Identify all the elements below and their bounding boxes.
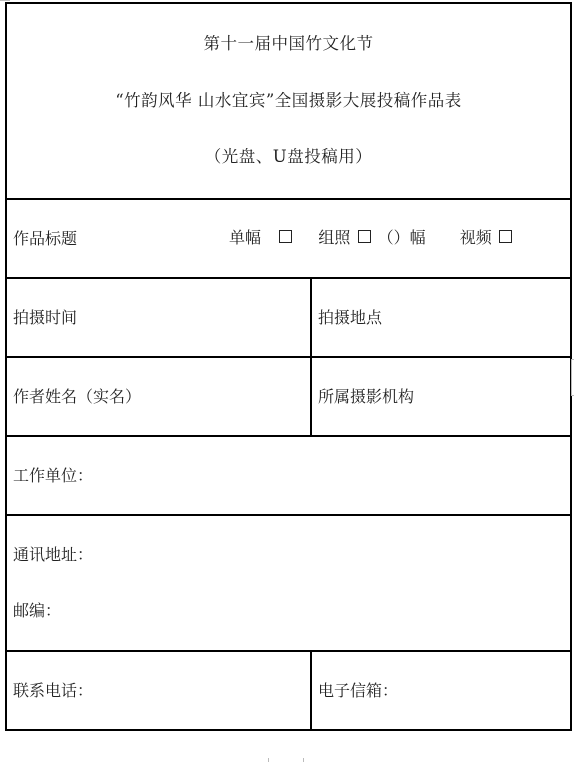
- contact-row: 联系电话： 电子信箱：: [6, 651, 571, 730]
- header-line-1: 第十一届中国竹文化节: [7, 36, 570, 53]
- document-page: 第十一届中国竹文化节 “竹韵风华 山水宜宾”全国摄影大展投稿作品表 （光盘、U盘…: [0, 0, 574, 762]
- author-row: 作者姓名（实名） 所属摄影机构: [6, 357, 571, 436]
- phone-label: 联系电话：: [13, 681, 93, 700]
- org-cell[interactable]: 所属摄影机构: [311, 357, 571, 436]
- corner-mark-top-left: [0, 0, 10, 1]
- address-row: 通讯地址： 邮编：: [6, 515, 571, 651]
- margin-mark-right-v: [571, 359, 572, 396]
- single-label: 单幅: [229, 228, 261, 247]
- group-label: 组照: [318, 228, 350, 247]
- address-label: 通讯地址：: [13, 547, 570, 563]
- work-title-label: 作品标题: [13, 229, 77, 248]
- bottom-mark-left: [268, 758, 269, 762]
- header-line-3: （光盘、U盘投稿用）: [7, 149, 570, 166]
- single-checkbox[interactable]: [279, 230, 292, 243]
- postcode-label: 邮编：: [13, 603, 570, 619]
- email-label: 电子信箱：: [318, 681, 398, 700]
- shoot-place-label: 拍摄地点: [318, 308, 382, 327]
- author-name-label: 作者姓名（实名）: [13, 387, 141, 406]
- work-unit-label: 工作单位：: [13, 466, 93, 485]
- phone-cell[interactable]: 联系电话：: [6, 651, 311, 730]
- header-row: 第十一届中国竹文化节 “竹韵风华 山水宜宾”全国摄影大展投稿作品表 （光盘、U盘…: [6, 3, 571, 199]
- author-name-cell[interactable]: 作者姓名（实名）: [6, 357, 311, 436]
- work-title-cell[interactable]: 作品标题 单幅 组照 （）幅 视频: [6, 199, 571, 278]
- submission-form-table: 第十一届中国竹文化节 “竹韵风华 山水宜宾”全国摄影大展投稿作品表 （光盘、U盘…: [5, 2, 572, 731]
- address-cell[interactable]: 通讯地址： 邮编：: [6, 515, 571, 651]
- header-cell: 第十一届中国竹文化节 “竹韵风华 山水宜宾”全国摄影大展投稿作品表 （光盘、U盘…: [6, 3, 571, 199]
- work-unit-cell[interactable]: 工作单位：: [6, 436, 571, 515]
- bottom-mark-right: [303, 758, 304, 762]
- email-cell[interactable]: 电子信箱：: [311, 651, 571, 730]
- shoot-time-cell[interactable]: 拍摄时间: [6, 278, 311, 357]
- header-line-2: “竹韵风华 山水宜宾”全国摄影大展投稿作品表: [7, 93, 570, 110]
- work-unit-row: 工作单位：: [6, 436, 571, 515]
- group-count: （）幅: [378, 228, 426, 247]
- video-label: 视频: [460, 228, 492, 247]
- org-label: 所属摄影机构: [318, 387, 414, 406]
- shoot-time-label: 拍摄时间: [13, 308, 77, 327]
- work-type-options: 单幅 组照 （）幅 视频: [229, 230, 514, 246]
- group-checkbox[interactable]: [358, 230, 371, 243]
- video-checkbox[interactable]: [499, 230, 512, 243]
- shoot-row: 拍摄时间 拍摄地点: [6, 278, 571, 357]
- work-title-row: 作品标题 单幅 组照 （）幅 视频: [6, 199, 571, 278]
- shoot-place-cell[interactable]: 拍摄地点: [311, 278, 571, 357]
